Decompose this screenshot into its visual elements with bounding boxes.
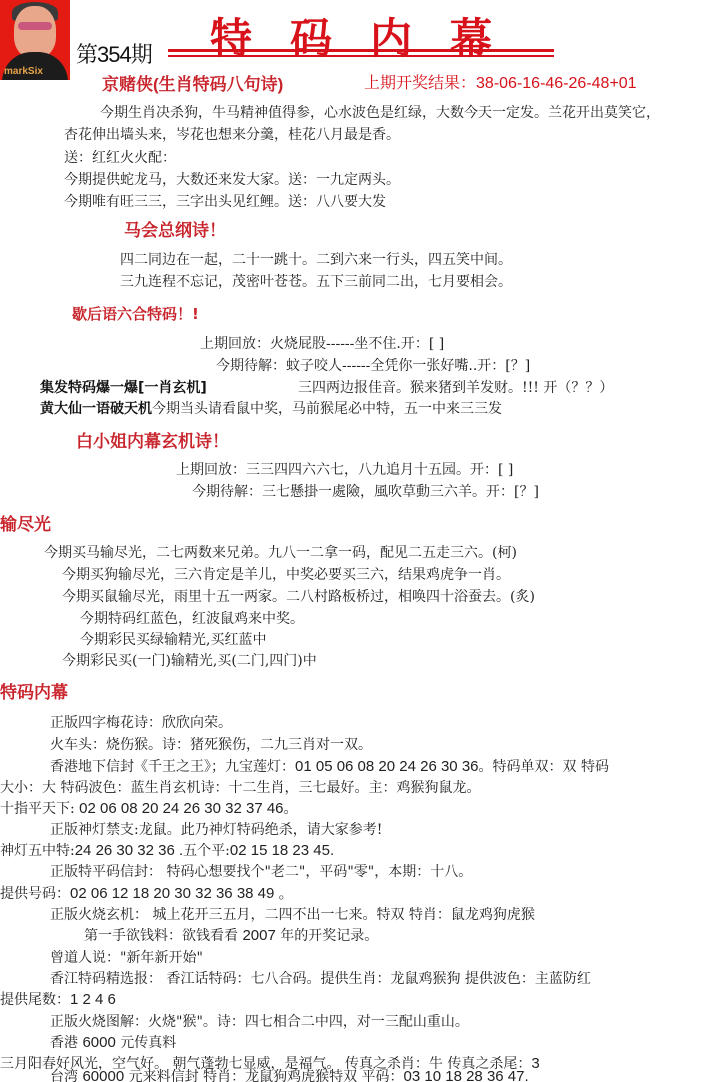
avatar: markSix [0, 0, 70, 80]
wuzhong-line: 神灯五中特:24 26 30 32 36 .五个平:02 15 18 23 45… [0, 840, 334, 860]
diyishou-year: 2007 [242, 927, 275, 944]
jifa-text: 三四两边报佳音。猴来猪到羊发财。!!! 开（？？） [298, 377, 613, 397]
xianggang-numbers: 01 05 06 08 20 24 26 30 36 [295, 758, 479, 775]
poem-line: 送：红红火火配： [64, 147, 176, 167]
title-underline [168, 49, 554, 52]
shizhi-line: 十指平天下: 02 06 08 20 24 26 30 32 37 46。 [0, 798, 298, 818]
avatar-brand: markSix [4, 66, 43, 77]
meihua-line: 正版四字梅花诗：欣欣向荣。 [50, 712, 232, 732]
xianggang-line: 香港地下信封《千王之王》；九宝莲灯：01 05 06 08 20 24 26 3… [50, 756, 609, 776]
shujinguang-line: 今期买狗输尽光，三六肯定是羊儿，中奖必要买三六，结果鸡虎争一肖。 [62, 564, 510, 584]
huang-label: 黄大仙一语破天机 [40, 401, 152, 417]
shendeng-line: 正版神灯禁支:龙鼠。此乃神灯特码绝杀，请大家参考! [50, 819, 382, 839]
title-underline-2 [168, 55, 554, 57]
mahui-line: 三九连程不忘记，茂密叶苍苍。五下三前同二出，七月要相会。 [120, 271, 512, 291]
wuzhong-numbers: 24 26 30 32 36 . [75, 842, 183, 859]
wuzhong-label: 神灯五中特: [0, 843, 75, 859]
tigong-line: 提供号码：02 06 12 18 20 30 32 36 38 49 。 [0, 882, 294, 903]
xiehouyu-last: 上期回放：火烧屁股------坐不住.开：[ ] [200, 333, 444, 353]
daxiao-line: 大小：大 特码波色：蓝生肖玄机诗：十二生肖，三七最好。主：鸡猴狗鼠龙。 [0, 777, 480, 797]
xiangjiang-line: 香江特码精选报： 香江话特码：七八合码。提供生肖：龙鼠鸡猴狗 提供波色：主蓝防红 [50, 968, 591, 988]
poem-line: 今期提供蛇龙马，大数还来发大家。送：一九定两头。 [64, 169, 400, 189]
avatar-glasses [18, 22, 52, 30]
xiehouyu-current: 今期待解：蚊子咬人------全凭你一张好嘴..开：[？] [216, 355, 530, 375]
sanyue-number: 3 [531, 1055, 539, 1072]
shizhi-end: 。 [284, 801, 298, 817]
bai-last: 上期回放：三三四四六六七，八九追月十五园。开：[ ] [176, 459, 513, 479]
taiwan-label: 台湾 [50, 1069, 82, 1082]
tepingma-line: 正版特平码信封： 特码心想要找个"老二"，平码"零"，本期：十八。 [50, 861, 472, 881]
poem-line: 今期唯有旺三三，三字出头见红鲤。送：八八要大发 [64, 191, 386, 211]
xianggang-label: 香港地下信封《千王之王》；九宝莲灯： [50, 759, 295, 775]
last-result-numbers: 38-06-16-46-26-48+01 [476, 75, 637, 92]
shizhi-label: 十指平天下: [0, 801, 79, 817]
hk6000-label: 香港 [50, 1035, 82, 1051]
huang-text: 今期当头请看鼠中奖，马前猴尾必中特，五一中来三三发 [152, 401, 502, 417]
taiwan-text: 元来料信封 特肖：龙鼠狗鸡虎猴特双 平码： [124, 1069, 403, 1082]
huoshao-line: 正版火烧玄机： 城上花开三五月，二四不出一七来。特双 特肖：鼠龙鸡狗虎猴 [50, 904, 535, 924]
shujinguang-line: 今期买马输尽光，二七两数来兄弟。九八一二拿一码，配见二五走三六。(柯) [44, 542, 517, 562]
diyishou-line: 第一手欲钱料：欲钱看看 2007 年的开奖记录。 [84, 925, 378, 945]
zengdaoren-line: 曾道人说："新年新开始" [50, 947, 203, 967]
section-heading-xiehouyu: 歇后语六合特码！! [72, 303, 199, 324]
page-title: 特码内幕 [210, 6, 530, 66]
shujinguang-line: 今期特码红蓝色，红波鼠鸡来中奖。 [80, 608, 304, 628]
poem-line: 今期生肖决杀狗，牛马精神值得参，心水波色是红绿，大数今天一定发。兰花开出莫笑它， [100, 102, 660, 122]
diyishou-suffix: 年的开奖记录。 [276, 928, 378, 944]
diyishou-label: 第一手欲钱料：欲钱看看 [84, 928, 242, 944]
section-heading-shujinguang: 输尽光 [0, 510, 51, 535]
weishu-numbers: 1 2 4 6 [70, 991, 116, 1008]
hk6000-suffix: 元传真料 [116, 1035, 176, 1051]
taiwan-numbers: 03 10 18 28 36 47. [404, 1068, 529, 1082]
weishu-label: 提供尾数： [0, 992, 70, 1008]
hk6000-line: 香港 6000 元传真料 [50, 1032, 176, 1052]
weishu-line: 提供尾数：1 2 4 6 [0, 989, 116, 1009]
subtitle: 京赌侠(生肖特码八句诗) [102, 70, 283, 95]
poem-line: 杏花伸出墙头来，岑花也想来分羹，桂花八月最是香。 [64, 124, 400, 144]
shujinguang-line: 今期彩民买绿输精光,买红蓝中 [80, 629, 266, 649]
wuge-label: 五个平: [183, 843, 230, 859]
section-heading-mahui: 马会总纲诗！ [124, 216, 226, 241]
shujinguang-line: 今期买鼠输尽光，雨里十五一两家。二八村路板桥过，相唤四十浴蚕去。(炙) [62, 586, 535, 606]
tujie-line: 正版火烧图解：火烧"猴"。诗：四七相合二中四，对一三配山重山。 [50, 1011, 469, 1031]
mahui-line: 四二同边在一起，二十一跳十。二到六来一行头，四五笑中间。 [120, 249, 512, 269]
hk6000-number: 6000 [82, 1034, 115, 1051]
jifa-label: 集发特码爆一爆[一肖玄机] [40, 380, 207, 396]
avatar-face [14, 6, 56, 58]
tigong-label: 提供号码： [0, 886, 70, 902]
xianggang-suffix: 。特码单双：双 特码 [479, 759, 609, 775]
shizhi-numbers: 02 06 08 20 24 26 30 32 37 46 [79, 800, 283, 817]
section-heading-bai: 白小姐内幕玄机诗！ [76, 427, 229, 452]
section-heading-temaneimu: 特码内幕 [0, 678, 68, 703]
jifa-row: 集发特码爆一爆[一肖玄机] [40, 377, 207, 397]
issue-number: 第354期 [76, 38, 152, 69]
huang-row: 黄大仙一语破天机今期当头请看鼠中奖，马前猴尾必中特，五一中来三三发 [40, 398, 502, 418]
taiwan-amount: 60000 [82, 1068, 124, 1082]
wuge-numbers: 02 15 18 23 45. [230, 842, 334, 859]
last-result-label: 上期开奖结果： [364, 75, 476, 92]
tigong-numbers: 02 06 12 18 20 30 32 36 38 49 。 [70, 885, 294, 902]
bai-current: 今期待解：三七懸掛一處險，風吹草動三六羊。开：[？] [192, 481, 539, 501]
huoche-line: 火车头：烧伤猴。诗：猪死猴伤，二九三肖对一双。 [50, 734, 372, 754]
taiwan-line: 台湾 60000 元来料信封 特肖：龙鼠狗鸡虎猴特双 平码：03 10 18 2… [50, 1066, 529, 1082]
last-result: 上期开奖结果：38-06-16-46-26-48+01 [364, 70, 637, 93]
shujinguang-line: 今期彩民买(一门)输精光,买(二门,四门)中 [62, 650, 317, 670]
